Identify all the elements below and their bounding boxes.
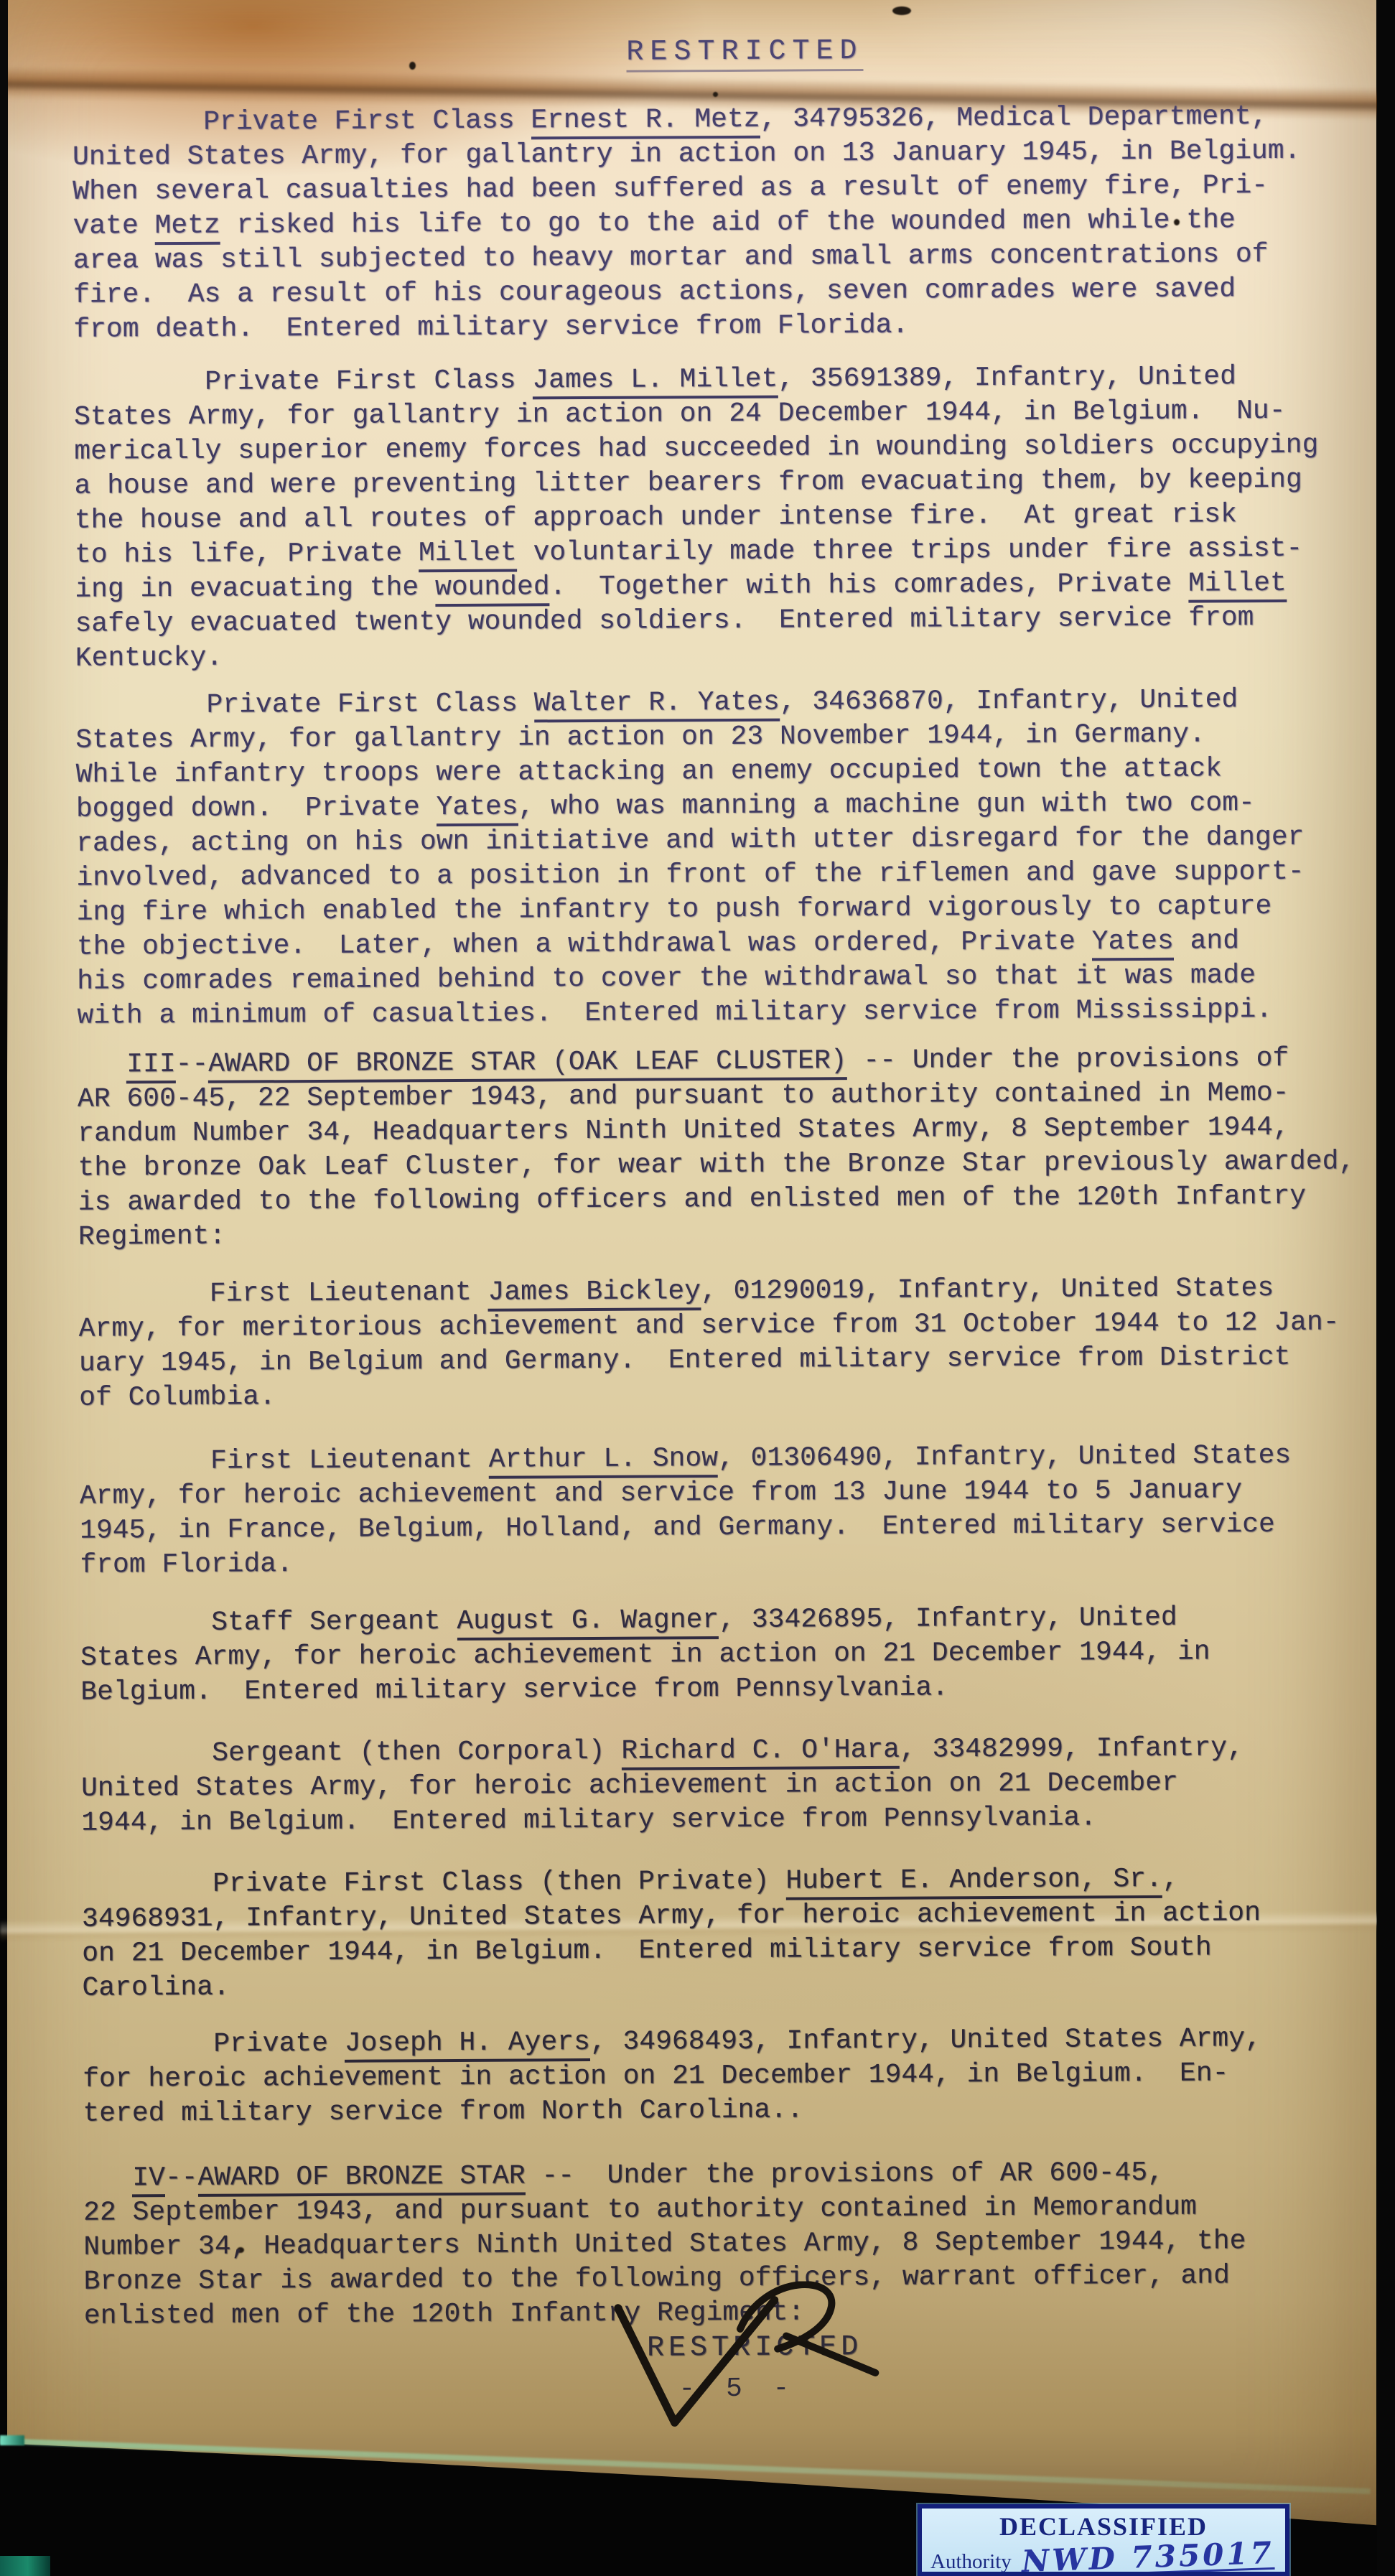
paragraph-wagner-citation: Staff Sergeant August G. Wagner, 3342689… <box>80 1600 1381 1709</box>
paragraph-metz-citation: Private First Class Ernest R. Metz, 3479… <box>73 99 1373 347</box>
paragraph-ayers-citation: Private Joseph H. Ayers, 34968493, Infan… <box>83 2021 1383 2131</box>
paragraph-anderson-citation: Private First Class (then Private) Huber… <box>82 1861 1382 2005</box>
authority-handwritten-value: NWD 735017 <box>1021 2539 1274 2576</box>
paragraph-snow-citation: First Lieutenant Arthur L. Snow, 0130649… <box>80 1438 1380 1582</box>
paragraph-millet-citation: Private First Class James L. Millet, 356… <box>74 359 1375 676</box>
authority-label: Authority <box>930 2550 1012 2574</box>
section-iii-oak-leaf-cluster: III--AWARD OF BRONZE STAR (OAK LEAF CLUS… <box>78 1041 1378 1254</box>
classification-stamp-top: RESTRICTED <box>626 35 863 73</box>
paragraph-ohara-citation: Sergeant (then Corporal) Richard C. O'Ha… <box>81 1730 1381 1840</box>
handwritten-strikethrough-mark <box>558 2281 903 2448</box>
scanned-document-photo: { "document": { "header_classification":… <box>0 0 1395 2576</box>
typewritten-text-layer: RESTRICTED Private First Class Ernest R.… <box>0 0 1395 2576</box>
paragraph-yates-citation: Private First Class Walter R. Yates, 346… <box>75 682 1376 1033</box>
paragraph-bickley-citation: First Lieutenant James Bickley, 01290019… <box>78 1271 1378 1415</box>
declassified-sticker: DECLASSIFIED Authority NWD 735017 <box>918 2504 1289 2576</box>
